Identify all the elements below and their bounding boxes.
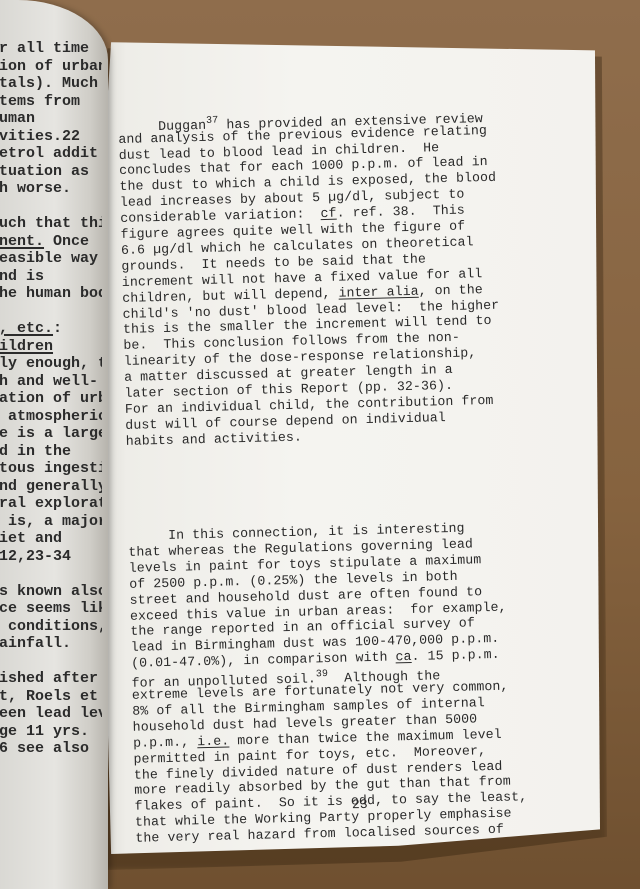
left-text-fragment: d is, a major <box>0 513 102 531</box>
left-text-fragment: stems from <box>0 93 102 111</box>
left-text-fragment: lished after <box>0 670 102 688</box>
left-text-fragment: feasible way <box>0 250 102 268</box>
left-text-fragment: human <box>0 110 102 128</box>
underlined-term: i.e. <box>197 733 229 749</box>
left-text-fragment <box>0 198 102 216</box>
left-text-fragment: eral explorati <box>0 495 102 513</box>
left-text-fragment: ch worse. <box>0 180 102 198</box>
left-text-fragment: itous ingestio <box>0 460 102 478</box>
page-number: 23 <box>352 797 368 812</box>
left-text-fragment: age 11 yrs. <box>0 723 102 741</box>
left-text-fragment: and is <box>0 268 102 286</box>
left-text-fragment <box>0 565 102 583</box>
paragraph-duggan-review: Duggan37 has provided an extensive revie… <box>118 104 596 449</box>
left-text-fragment: ween lead lev <box>0 705 102 723</box>
left-text-fragment: th and well- <box>0 373 102 391</box>
footnote-reference: 37 <box>206 115 218 126</box>
left-text-fragment: l conditions, <box>0 618 102 636</box>
photo-scene: Duggan37 has provided an extensive revie… <box>0 0 640 889</box>
left-text-fragment: hildren <box>0 338 102 356</box>
left-text-fragment: n, etc.: <box>0 320 102 338</box>
left-text-fragment: 36 see also <box>0 740 102 758</box>
left-text-fragment: ed in the <box>0 443 102 461</box>
left-text-fragment: petrol addit <box>0 145 102 163</box>
left-text-fragment: or all time <box>0 40 102 58</box>
left-text-fragment: diet and <box>0 530 102 548</box>
left-text-fragment: f atmospheric <box>0 408 102 426</box>
left-text-fragment: re is a large <box>0 425 102 443</box>
underlined-term: cf <box>320 206 336 221</box>
left-text-fragment: ituation as <box>0 163 102 181</box>
left-text-fragment: is known also <box>0 583 102 601</box>
left-text-fragment: ely enough, t <box>0 355 102 373</box>
left-text-fragment: rt, Roels et al <box>0 688 102 706</box>
left-text-fragment: anent. Once <box>0 233 102 251</box>
page-body-text: Duggan37 has provided an extensive revie… <box>117 73 606 879</box>
underlined-term: inter alia <box>338 283 418 300</box>
left-text-fragment: the human body <box>0 285 102 303</box>
left-text-fragment: nation of urb <box>0 390 102 408</box>
left-text-fragment: much that this <box>0 215 102 233</box>
left-text-fragment: ivities.22 <box>0 128 102 146</box>
left-text-fragment: tion of urban <box>0 58 102 76</box>
underlined-term: ca <box>395 649 411 664</box>
left-text-fragment: etals). Much <box>0 75 102 93</box>
left-text-fragment <box>0 653 102 671</box>
left-text-fragment <box>0 303 102 321</box>
left-text-fragment: nce seems like <box>0 600 102 618</box>
left-text-fragment: and generally <box>0 478 102 496</box>
footnote-reference: 39 <box>316 669 328 680</box>
left-text-fragment: rainfall. <box>0 635 102 653</box>
document-page-left-curled: or all timetion of urbanetals). Muchstem… <box>0 0 108 889</box>
left-text-fragment: ,12,23-34 <box>0 548 102 566</box>
left-page-text-fragments: or all timetion of urbanetals). Muchstem… <box>0 40 102 820</box>
